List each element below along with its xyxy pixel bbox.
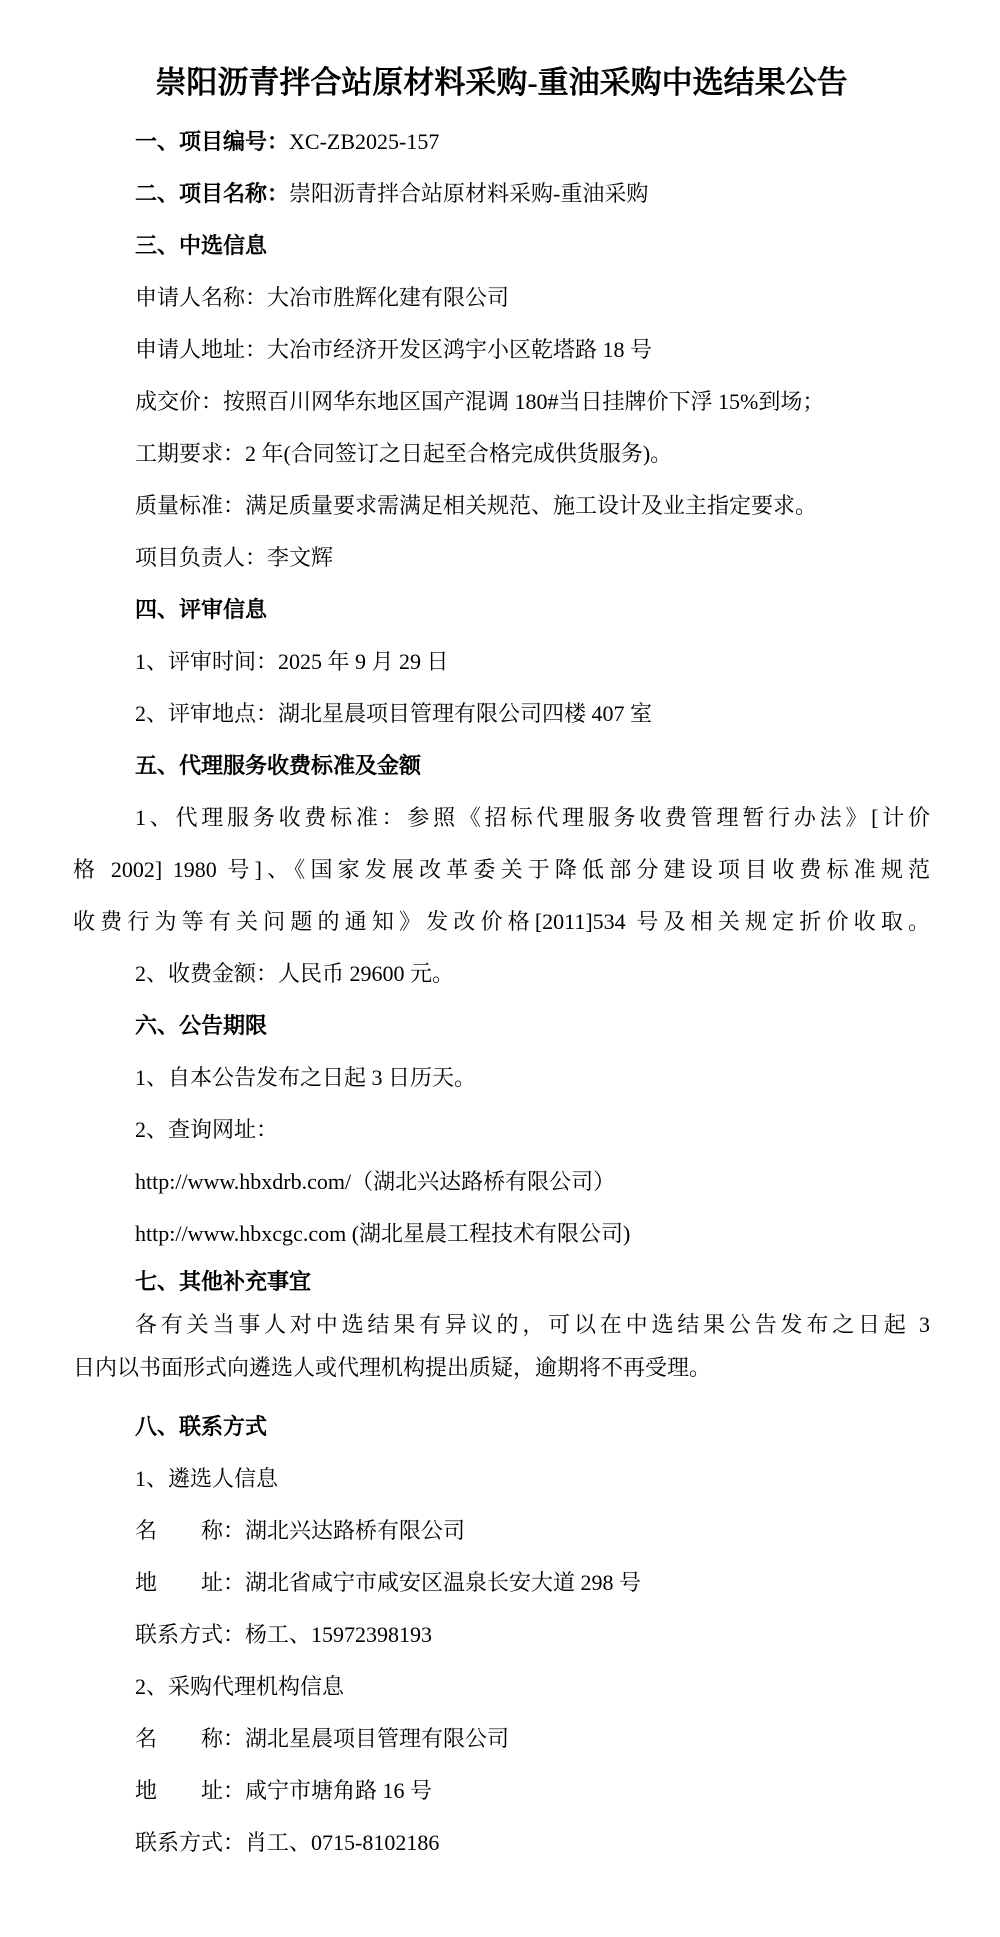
para-quality-standard: 质量标准：满足质量要求需满足相关规范、施工设计及业主指定要求。: [73, 480, 930, 532]
announcement-document: 崇阳沥青拌合站原材料采购-重油采购中选结果公告 一、项目编号：XC-ZB2025…: [0, 0, 1000, 1869]
para-review-place: 2、评审地点：湖北星晨项目管理有限公司四楼 407 室: [73, 688, 930, 740]
url-xcgc-text: http://www.hbxcgc.com (湖北星晨工程技术有限公司): [135, 1221, 630, 1246]
url-xdrb-text: http://www.hbxdrb.com/（湖北兴达路桥有限公司）: [135, 1169, 615, 1194]
para-project-number-value: XC-ZB2025-157: [289, 129, 439, 154]
para-url-xdrb: http://www.hbxdrb.com/（湖北兴达路桥有限公司）: [73, 1156, 930, 1208]
para-query-url-label: 2、查询网址：: [73, 1104, 930, 1156]
para-project-manager: 项目负责人：李文辉: [73, 532, 930, 584]
heading-notice-period: 六、公告期限: [73, 1000, 930, 1052]
para-project-number-label: 一、项目编号：: [135, 129, 289, 154]
para-objection-line1: 各有关当事人对中选结果有异议的，可以在中选结果公告发布之日起 3: [73, 1303, 930, 1346]
para-applicant-name: 申请人名称：大冶市胜辉化建有限公司: [73, 272, 930, 324]
para-fee-amount: 2、收费金额：人民币 29600 元。: [73, 948, 930, 1000]
page-title: 崇阳沥青拌合站原材料采购-重油采购中选结果公告: [73, 60, 930, 106]
para-selector-contact: 联系方式：杨工、15972398193: [73, 1609, 930, 1661]
para-project-name-label: 二、项目名称：: [135, 181, 289, 206]
para-agency-contact: 联系方式：肖工、0715-8102186: [73, 1817, 930, 1869]
para-agency-name: 名 称：湖北星晨项目管理有限公司: [73, 1713, 930, 1765]
para-project-number: 一、项目编号：XC-ZB2025-157: [73, 116, 930, 168]
para-agency-info-label: 2、采购代理机构信息: [73, 1661, 930, 1713]
para-project-name-value: 崇阳沥青拌合站原材料采购-重油采购: [289, 181, 648, 206]
heading-supplement: 七、其他补充事宜: [73, 1260, 930, 1303]
heading-review-info: 四、评审信息: [73, 584, 930, 636]
heading-contact-info: 八、联系方式: [73, 1401, 930, 1453]
para-deal-price: 成交价：按照百川网华东地区国产混调 180#当日挂牌价下浮 15%到场；: [73, 376, 930, 428]
para-review-time: 1、评审时间：2025 年 9 月 29 日: [73, 636, 930, 688]
para-fee-standard-line2: 格 2002] 1980 号]、《国家发展改革委关于降低部分建设项目收费标准规范: [73, 844, 930, 896]
para-applicant-address: 申请人地址：大冶市经济开发区鸿宇小区乾塔路 18 号: [73, 324, 930, 376]
para-fee-standard-line3: 收费行为等有关问题的通知》发改价格[2011]534 号及相关规定折价收取。: [73, 896, 930, 948]
para-selector-info-label: 1、遴选人信息: [73, 1453, 930, 1505]
para-notice-days: 1、自本公告发布之日起 3 日历天。: [73, 1052, 930, 1104]
para-objection-line2: 日内以书面形式向遴选人或代理机构提出质疑，逾期将不再受理。: [73, 1346, 930, 1389]
heading-agency-fee: 五、代理服务收费标准及金额: [73, 740, 930, 792]
heading-selection-info: 三、中选信息: [73, 220, 930, 272]
para-selector-address: 地 址：湖北省咸宁市咸安区温泉长安大道 298 号: [73, 1557, 930, 1609]
para-fee-standard-line1: 1、代理服务收费标准：参照《招标代理服务收费管理暂行办法》[计价: [73, 792, 930, 844]
para-agency-address: 地 址：咸宁市塘角路 16 号: [73, 1765, 930, 1817]
para-duration-requirement: 工期要求：2 年(合同签订之日起至合格完成供货服务)。: [73, 428, 930, 480]
para-url-xcgc: http://www.hbxcgc.com (湖北星晨工程技术有限公司): [73, 1208, 930, 1260]
para-project-name: 二、项目名称：崇阳沥青拌合站原材料采购-重油采购: [73, 168, 930, 220]
para-selector-name: 名 称：湖北兴达路桥有限公司: [73, 1505, 930, 1557]
